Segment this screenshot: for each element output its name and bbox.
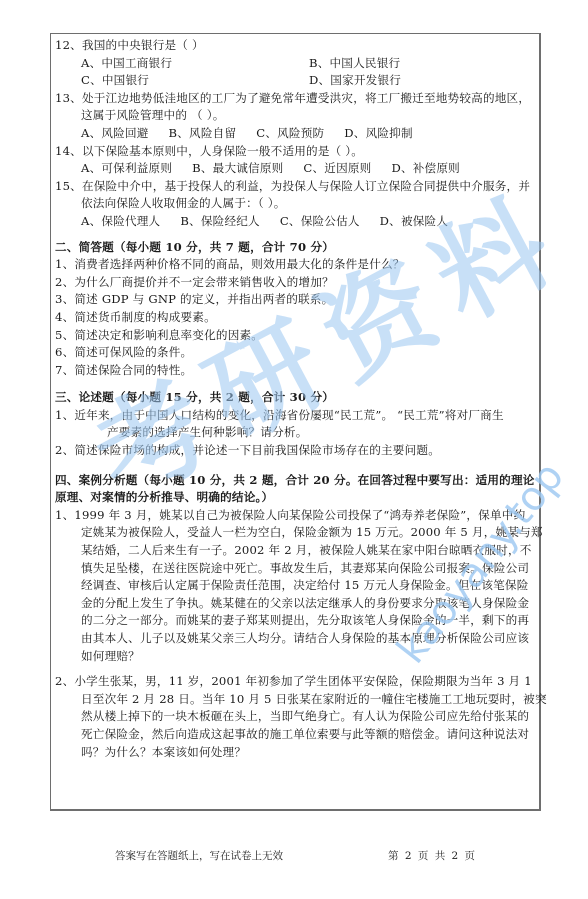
option-a: A、保险代理人	[81, 213, 160, 231]
question-number: 15、	[55, 179, 82, 193]
case-text-line: 金的分配上发生了争执。姚某健在的父亲以法定继承人的身份要求分取该笔人身保险金	[55, 595, 537, 613]
case-text: 小学生张某，男，11 岁，2001 年初参加了学生团体平安保险，保险期限为当年 …	[74, 674, 531, 688]
option-a: A、可保利益原则	[81, 160, 172, 178]
question-number: 2、	[55, 674, 74, 688]
short-answer-question: 6、简述可保风险的条件。	[55, 344, 537, 362]
short-answer-question: 2、为什么厂商提价并不一定会带来销售收入的增加？	[55, 274, 537, 292]
question-stem: 处于江边地势低洼地区的工厂为了避免常年遭受洪灾，将工厂搬迁至地势较高的地区，	[82, 91, 530, 105]
option-b: B、风险自留	[169, 125, 237, 143]
option-c: C、风险预防	[256, 125, 324, 143]
option-b: B、保险经纪人	[180, 213, 259, 231]
page-number: 第 2 页 共 2 页	[388, 848, 477, 863]
option-b: B、中国人民银行	[309, 55, 537, 73]
exam-content: 12、我国的中央银行是（ ） A、中国工商银行 B、中国人民银行 C、中国银行 …	[55, 37, 537, 761]
option-d: D、风险抑制	[344, 125, 412, 143]
question-text: 简述保险市场的构成，并论述一下目前我国保险市场存在的主要问题。	[74, 443, 440, 457]
footer-note: 答案写在答题纸上，写在试卷上无效	[115, 848, 283, 863]
case-text: 1999 年 3 月，姚某以自己为被保险人向某保险公司投保了“鸿寿养老保险”，保…	[74, 508, 525, 522]
question-number: 2、	[55, 443, 74, 457]
case-text-line: 死亡保险金，然后向造成这起事故的施工单位索要与此等额的赔偿金。请问这种说法对	[55, 726, 537, 744]
question-12: 12、我国的中央银行是（ ）	[55, 37, 537, 55]
short-answer-question: 7、简述保险合同的特性。	[55, 362, 537, 380]
option-a: A、风险回避	[81, 125, 149, 143]
options-15: A、保险代理人 B、保险经纪人 C、保险公估人 D、被保险人	[55, 213, 537, 231]
option-d: D、国家开发银行	[309, 72, 537, 90]
case-text-line: 然从楼上掉下的一块木板砸在头上，当即气绝身亡。有人认为保险公司应先给付张某的	[55, 708, 537, 726]
case-text-line: 经调查、审核后认定属于保险责任范围，决定给付 15 万元人身保险金。但在该笔保险	[55, 577, 537, 595]
question-number: 14、	[55, 144, 82, 158]
option-d: D、被保险人	[380, 213, 448, 231]
case-text-line: 由其本人、儿子以及姚某父亲三人均分。请结合人身保险的基本原理分析保险公司应该	[55, 630, 537, 648]
question-stem-cont: 这属于风险管理中的 （ ）。	[55, 107, 537, 125]
options-12: A、中国工商银行 B、中国人民银行	[55, 55, 537, 73]
option-b: B、最大诚信原则	[192, 160, 283, 178]
section-title-essay: 三、论述题（每小题 15 分，共 2 题，合计 30 分）	[55, 389, 537, 407]
case-text-line: 定姚某为被保险人，受益人一栏为空白，保险金额为 15 万元。2000 年 5 月…	[55, 524, 537, 542]
question-14: 14、以下保险基本原则中，人身保险一般不适用的是（ ）。	[55, 143, 537, 161]
question-text-cont: 产要素的选择产生何种影响？请分析。	[55, 424, 537, 442]
case-1: 1、1999 年 3 月，姚某以自己为被保险人向某保险公司投保了“鸿寿养老保险”…	[55, 507, 537, 525]
question-stem-cont: 依法向保险人收取佣金的人属于：（ ）。	[55, 195, 537, 213]
question-number: 12、	[55, 38, 82, 52]
short-answer-question: 1、消费者选择两种价格不同的商品，则效用最大化的条件是什么？	[55, 256, 537, 274]
question-number: 1、	[55, 508, 74, 522]
option-c: C、近因原则	[303, 160, 371, 178]
section-title-short-answer: 二、简答题（每小题 10 分，共 7 题，合计 70 分）	[55, 239, 537, 257]
section-title-case-analysis: 四、案例分析题（每小题 10 分，共 2 题，合计 20 分。在回答过程中要写出…	[55, 472, 537, 490]
option-a: A、中国工商银行	[81, 55, 309, 73]
case-text-line: 某结婚，二人后来生有一子。2002 年 2 月，被保险人姚某在家中阳台晾晒衣服时…	[55, 542, 537, 560]
case-text-line: 如何理赔？	[55, 648, 537, 666]
short-answer-question: 5、简述决定和影响利息率变化的因素。	[55, 327, 537, 345]
options-12-row2: C、中国银行 D、国家开发银行	[55, 72, 537, 90]
short-answer-question: 4、简述货币制度的构成要素。	[55, 309, 537, 327]
essay-question-1: 1、近年来，由于中国人口结构的变化，沿海省份屡现“民工荒”。 “民工荒”将对厂商…	[55, 407, 537, 425]
section-title-case-analysis-cont: 原理、对案情的分析推导、明确的结论。）	[55, 489, 537, 507]
question-text: 近年来，由于中国人口结构的变化，沿海省份屡现“民工荒”。 “民工荒”将对厂商生	[74, 408, 503, 422]
case-text-line: 日至次年 2 月 28 日。当年 10 月 5 日张某在家附近的一幢住宅楼施工工…	[55, 691, 537, 709]
question-stem: 我国的中央银行是（ ）	[82, 38, 204, 52]
question-13: 13、处于江边地势低洼地区的工厂为了避免常年遭受洪灾，将工厂搬迁至地势较高的地区…	[55, 90, 537, 108]
case-text-line: 的二分之一部分。而姚某的妻子郑某则提出，先分取该笔人身保险金的一半，剩下的再	[55, 612, 537, 630]
essay-question-2: 2、简述保险市场的构成，并论述一下目前我国保险市场存在的主要问题。	[55, 442, 537, 460]
question-stem: 在保险中介中，基于投保人的利益，为投保人与保险人订立保险合同提供中介服务，并	[82, 179, 530, 193]
case-text-line: 慎失足坠楼，在送往医院途中死亡。事故发生后，其妻郑某向保险公司报案。保险公司	[55, 560, 537, 578]
case-text-line: 吗？为什么？本案该如何处理？	[55, 744, 537, 762]
options-13: A、风险回避 B、风险自留 C、风险预防 D、风险抑制	[55, 125, 537, 143]
question-15: 15、在保险中介中，基于投保人的利益，为投保人与保险人订立保险合同提供中介服务，…	[55, 178, 537, 196]
short-answer-question: 3、简述 GDP 与 GNP 的定义，并指出两者的联系。	[55, 291, 537, 309]
case-2: 2、小学生张某，男，11 岁，2001 年初参加了学生团体平安保险，保险期限为当…	[55, 673, 537, 691]
option-c: C、保险公估人	[280, 213, 360, 231]
question-stem: 以下保险基本原则中，人身保险一般不适用的是（ ）。	[82, 144, 363, 158]
option-c: C、中国银行	[81, 72, 309, 90]
question-number: 1、	[55, 408, 74, 422]
question-number: 13、	[55, 91, 82, 105]
option-d: D、补偿原则	[391, 160, 459, 178]
options-14: A、可保利益原则 B、最大诚信原则 C、近因原则 D、补偿原则	[55, 160, 537, 178]
